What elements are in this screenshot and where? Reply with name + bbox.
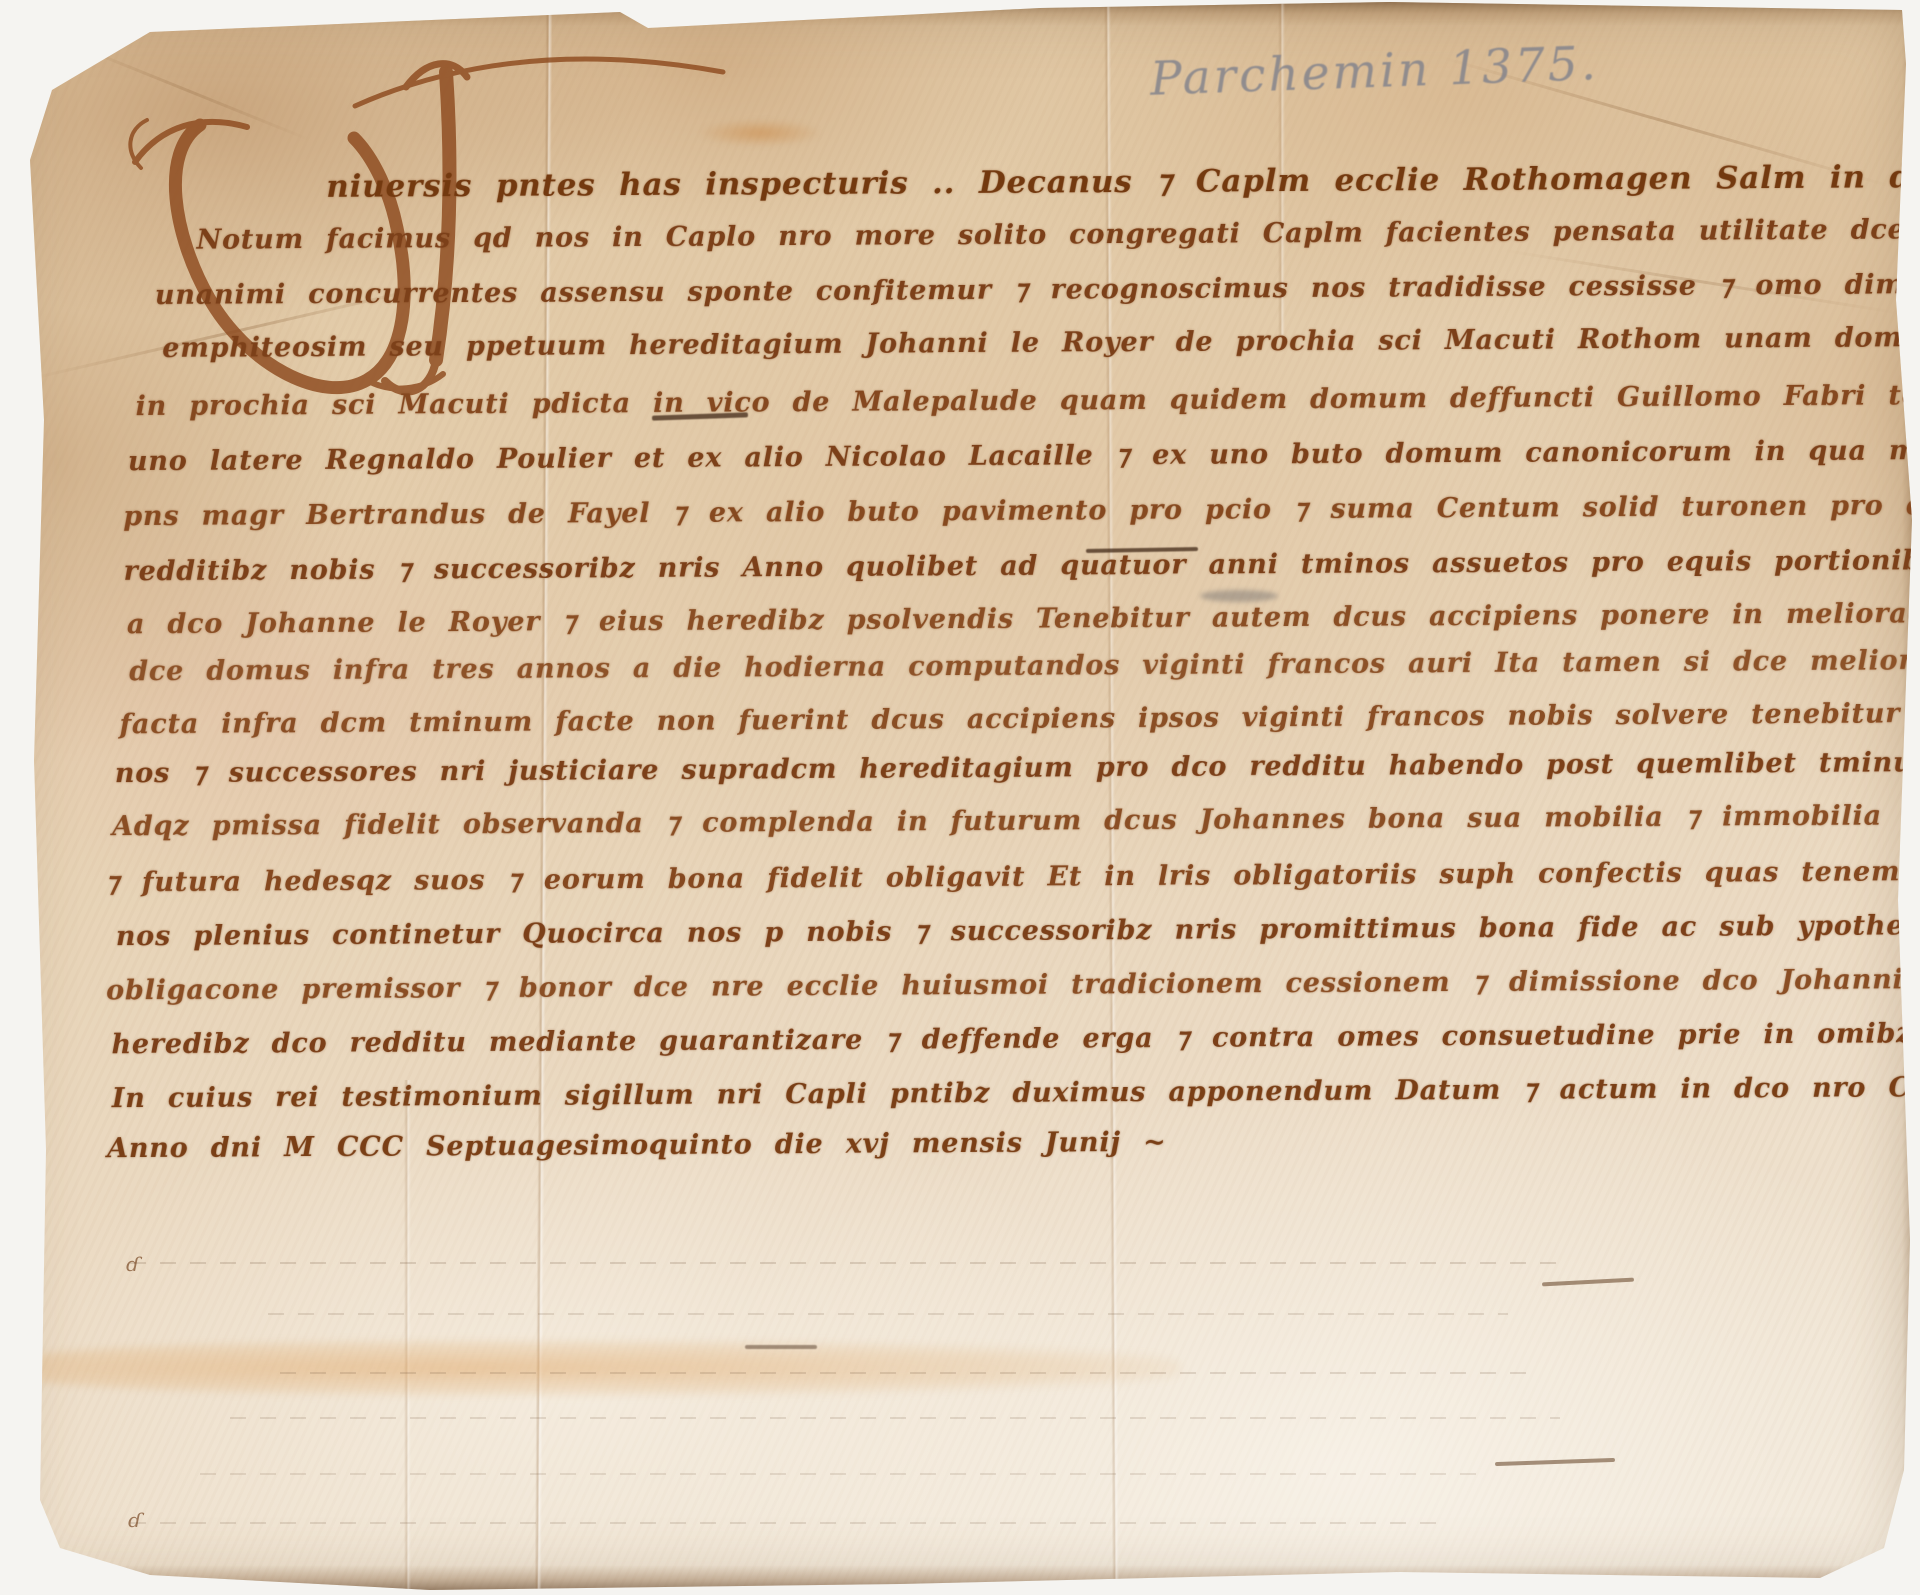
manuscript-line: niuersis pntes has inspecturis .. Decanu… xyxy=(326,160,1920,203)
ghost-ruling-line xyxy=(280,1372,1540,1374)
manuscript-line: nos ⁊ successores nri justiciare supradc… xyxy=(115,748,1920,787)
manuscript-line: Adqz pmissa fidelit observanda ⁊ complen… xyxy=(112,802,1920,840)
parchment-left-edge xyxy=(0,0,22,1595)
manuscript-line: Anno dni M CCC Septuagesimoquinto die xv… xyxy=(107,1129,1167,1162)
manuscript-line: a dco Johanne le Royer ⁊ eius heredibz p… xyxy=(127,600,1920,638)
manuscript-line: pns magr Bertrandus de Fayel ⁊ ex alio b… xyxy=(123,492,1920,531)
scanned-parchment-photo: U Parchemin 1375. niuersis pntes has ins… xyxy=(0,0,1920,1595)
initial-letter: U xyxy=(105,30,106,31)
ghost-ruling-line xyxy=(130,1262,1570,1264)
manuscript-line: obligacone premissor ⁊ bonor dce nre ecc… xyxy=(106,965,1920,1004)
manuscript-line: ⁊ futura hedesqz suos ⁊ eorum bona fidel… xyxy=(105,857,1920,896)
manuscript-line: facta infra dcm tminum facte non fuerint… xyxy=(119,699,1920,738)
ghost-ruling-line xyxy=(268,1313,1508,1315)
ghost-ruling-line xyxy=(130,1522,1450,1524)
manuscript-line: unanimi concurrentes assensu sponte conf… xyxy=(155,270,1920,309)
manuscript-line: redditibz nobis ⁊ successoribz nris Anno… xyxy=(124,547,1920,585)
manuscript-line: emphiteosim seu ppetuum hereditagium Joh… xyxy=(162,323,1920,362)
marginal-mark: ɗ xyxy=(128,1508,142,1532)
ink-dash xyxy=(745,1345,817,1349)
manuscript-line: In cuius rei testimonium sigillum nri Ca… xyxy=(112,1074,1920,1113)
parchment: U Parchemin 1375. niuersis pntes has ins… xyxy=(0,0,1920,1595)
ghost-ruling-line xyxy=(200,1473,1480,1475)
manuscript-line: uno latere Regnaldo Poulier et ex alio N… xyxy=(128,436,1920,475)
manuscript-line: in prochia sci Macuti pdicta in vico de … xyxy=(136,381,1920,420)
gray-smudge xyxy=(1200,590,1278,602)
marginal-mark: ɗ xyxy=(126,1252,140,1276)
manuscript-line: Notum facimus qd nos in Caplo nro more s… xyxy=(196,215,1920,254)
charter-text-block: niuersis pntes has inspecturis .. Decanu… xyxy=(0,0,1920,1595)
manuscript-line: heredibz dco redditu mediante guarantiza… xyxy=(111,1019,1920,1058)
manuscript-line: nos plenius continetur Quocirca nos p no… xyxy=(116,912,1920,950)
manuscript-line: dce domus infra tres annos a die hodiern… xyxy=(129,647,1920,685)
ghost-ruling-line xyxy=(230,1417,1560,1419)
